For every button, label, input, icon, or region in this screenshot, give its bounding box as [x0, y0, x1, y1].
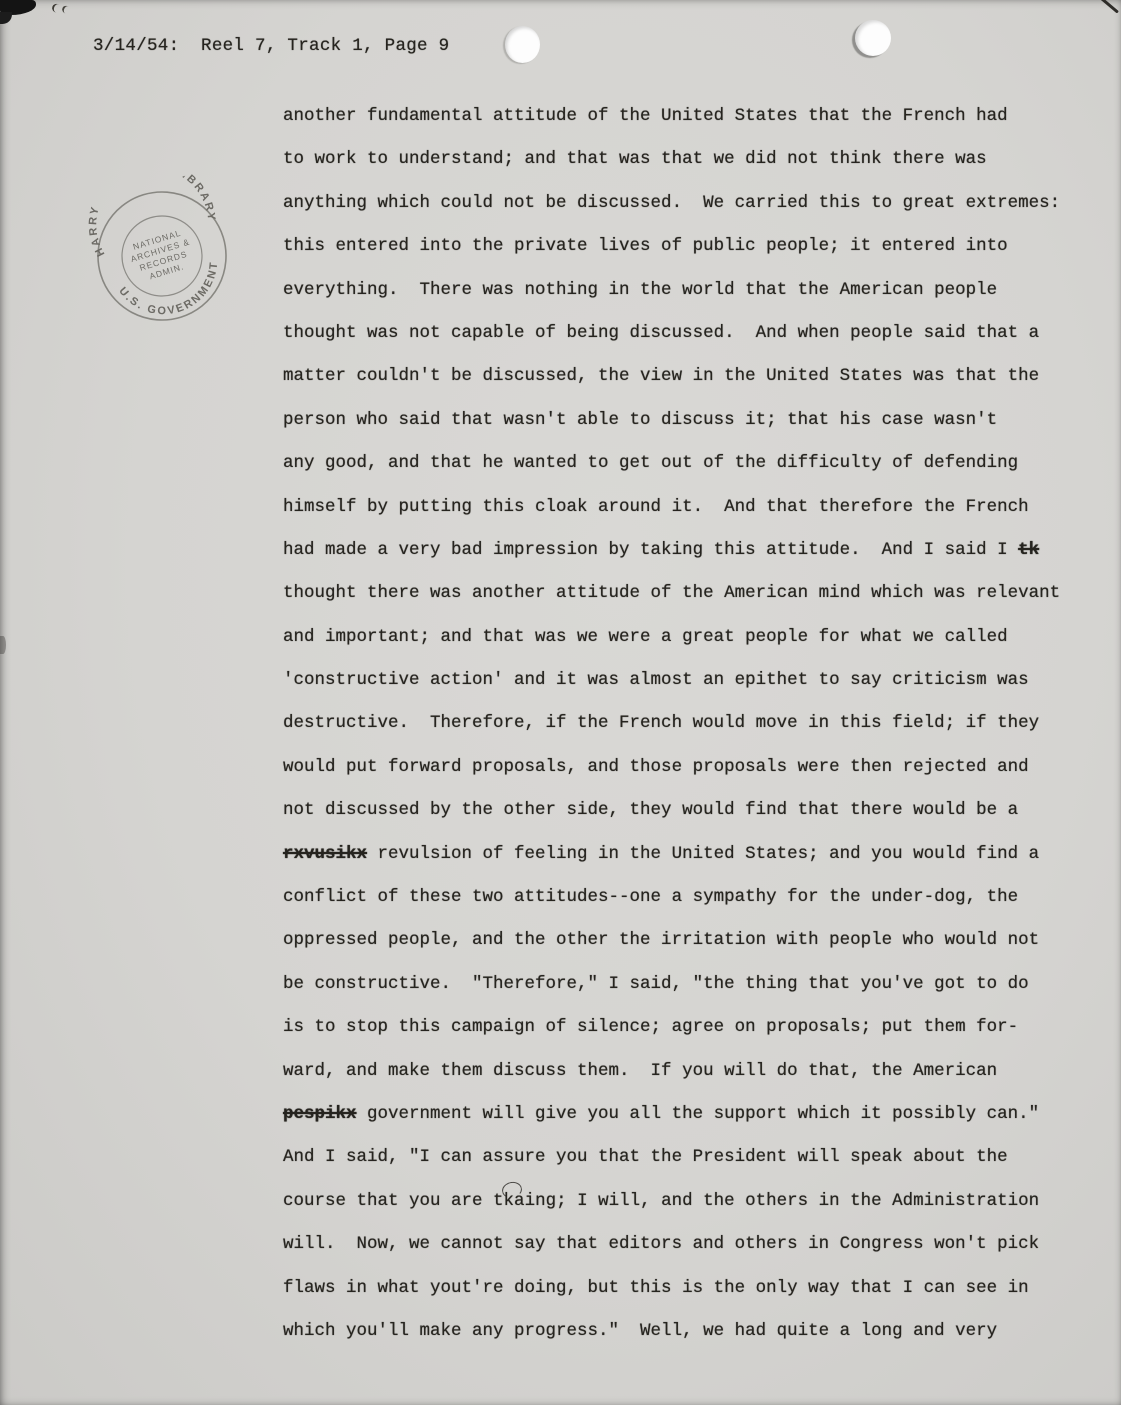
typed-line: be constructive. "Therefore," I said, "t…: [283, 963, 1103, 1006]
typed-line: to work to understand; and that was that…: [283, 138, 1103, 181]
typed-line: 'constructive action' and it was almost …: [283, 659, 1103, 702]
page-header: 3/14/54: Reel 7, Track 1, Page 9: [93, 36, 449, 56]
typed-line: destructive. Therefore, if the French wo…: [283, 702, 1103, 745]
typed-line: rxvusikx revulsion of feeling in the Uni…: [283, 833, 1103, 876]
typed-line: anything which could not be discussed. W…: [283, 182, 1103, 225]
typed-line: had made a very bad impression by taking…: [283, 529, 1103, 572]
typed-line: course that you are tkaing; I will, and …: [283, 1180, 1103, 1223]
typed-line: thought was not capable of being discuss…: [283, 312, 1103, 355]
typed-line: ward, and make them discuss them. If you…: [283, 1050, 1103, 1093]
typed-line: And I said, "I can assure you that the P…: [283, 1136, 1103, 1179]
typed-line: will. Now, we cannot say that editors an…: [283, 1223, 1103, 1266]
scan-artifact-top-left-2: [0, 12, 12, 24]
typed-line: person who said that wasn't able to disc…: [283, 399, 1103, 442]
typed-line: pespikx government will give you all the…: [283, 1093, 1103, 1136]
typed-line: himself by putting this cloak around it.…: [283, 486, 1103, 529]
typed-line: matter couldn't be discussed, the view i…: [283, 355, 1103, 398]
punch-hole-left: [505, 26, 540, 63]
typed-line: oppressed people, and the other the irri…: [283, 919, 1103, 962]
scan-artifact-left-edge: [0, 636, 6, 654]
typed-line: would put forward proposals, and those p…: [283, 746, 1103, 789]
typed-line: thought there was another attitude of th…: [283, 572, 1103, 615]
scan-artifact-tick-2: [61, 4, 73, 15]
typed-line: not discussed by the other side, they wo…: [283, 789, 1103, 832]
typed-line: which you'll make any progress." Well, w…: [283, 1310, 1103, 1353]
scanned-document-page: 3/14/54: Reel 7, Track 1, Page 9 HARRY S…: [0, 0, 1121, 1405]
scan-artifact-top-right: [1091, 0, 1119, 14]
typed-line: conflict of these two attitudes--one a s…: [283, 876, 1103, 919]
typed-body: another fundamental attitude of the Unit…: [283, 95, 1103, 1353]
typed-line: and important; and that was we were a gr…: [283, 616, 1103, 659]
typed-line: flaws in what yout're doing, but this is…: [283, 1267, 1103, 1310]
typed-line: this entered into the private lives of p…: [283, 225, 1103, 268]
typed-line: everything. There was nothing in the wor…: [283, 269, 1103, 312]
typed-line: any good, and that he wanted to get out …: [283, 442, 1103, 485]
truman-library-stamp: HARRY S. TRUMAN LIBRARY U.S. GOVERNMENT …: [75, 169, 250, 344]
typed-line: is to stop this campaign of silence; agr…: [283, 1006, 1103, 1049]
typed-line: another fundamental attitude of the Unit…: [283, 95, 1103, 138]
punch-hole-right: [855, 20, 891, 56]
